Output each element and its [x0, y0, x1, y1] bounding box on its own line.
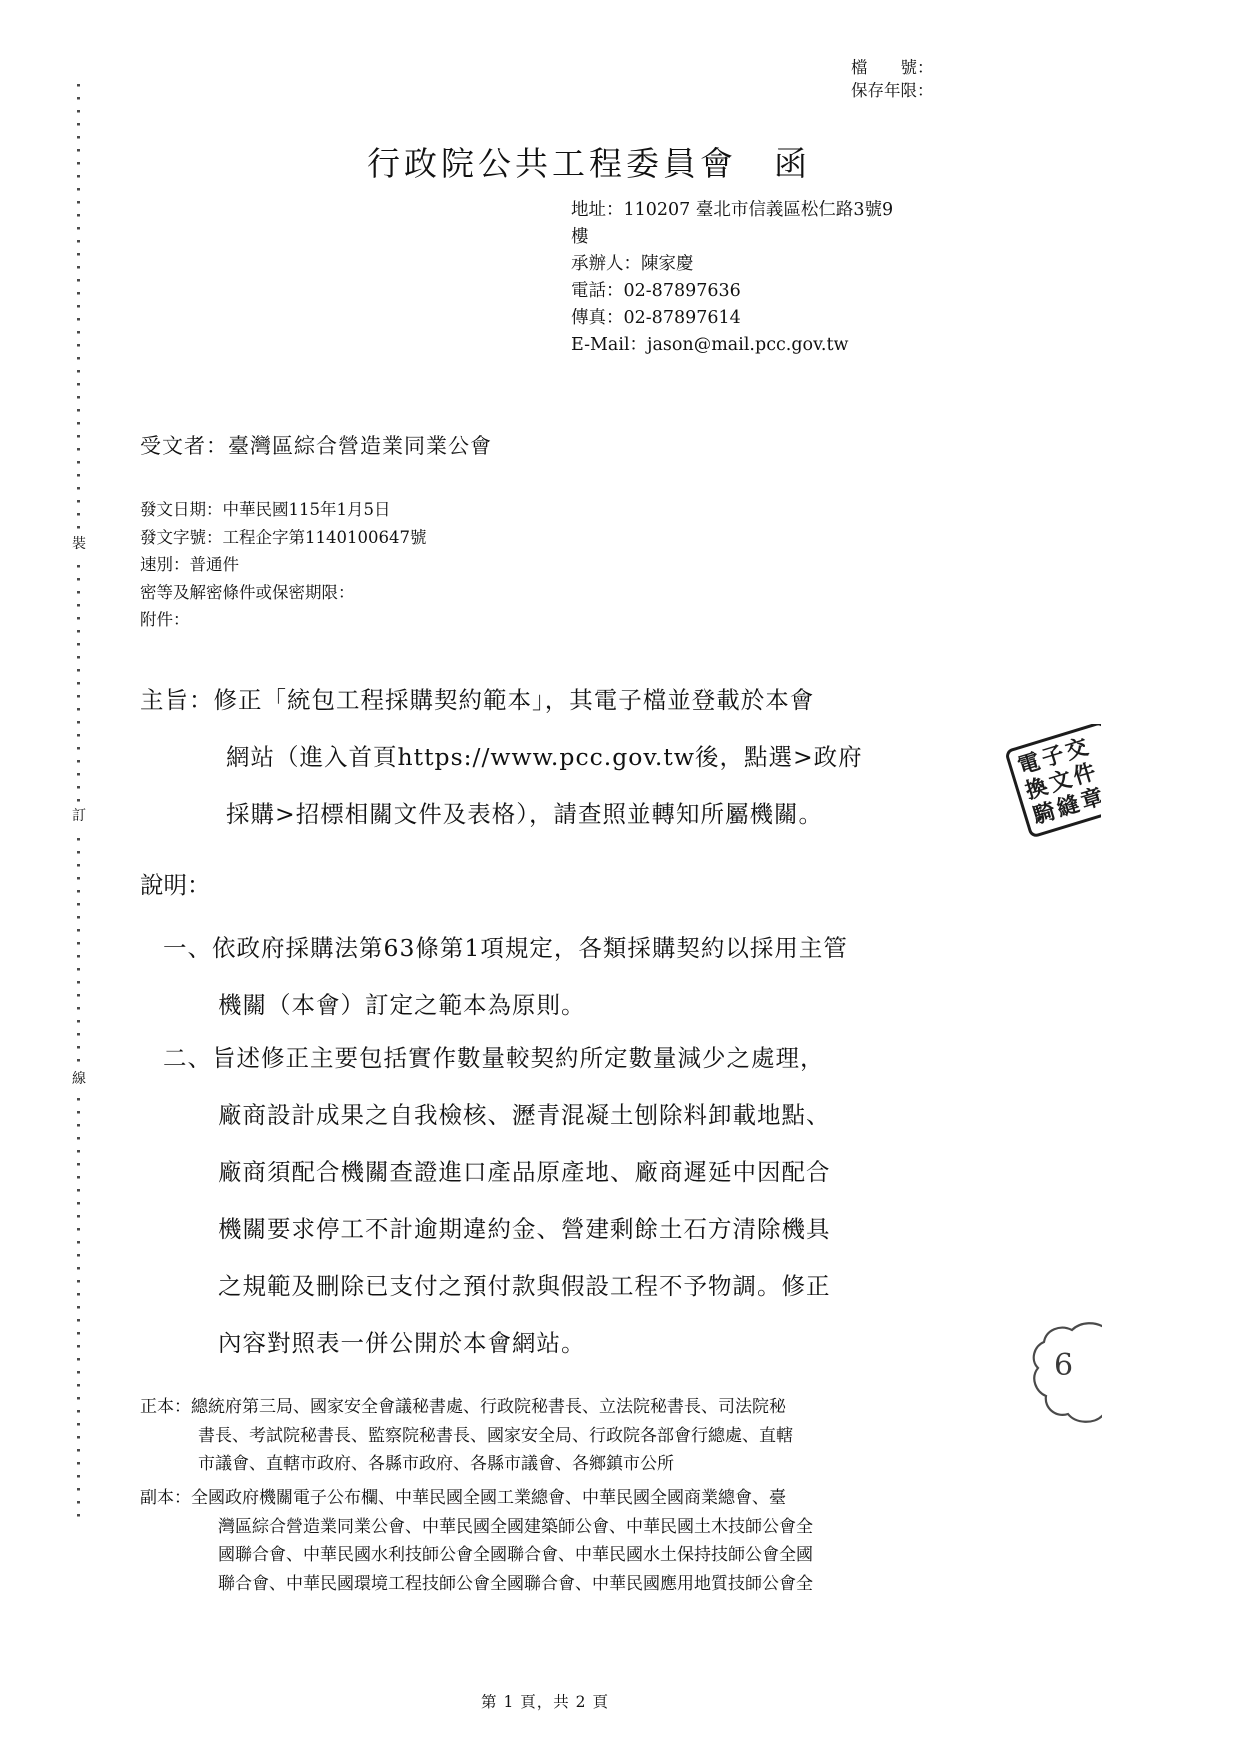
original-recipients-block: 正本：總統府第三局、國家安全會議秘書處、行政院秘書長、立法院秘書長、司法院秘 書…: [140, 1393, 793, 1479]
explanation-label: 說明：: [140, 866, 211, 900]
electronic-exchange-stamp-text: 電子交 換文件 騎縫章: [1004, 724, 1101, 839]
subject-paragraph: 主旨：修正「統包工程採購契約範本」，其電子檔並登載於本會 網站（進入首頁http…: [140, 672, 863, 843]
binding-mark-ding: 訂: [69, 802, 89, 828]
seal-page-number: 6: [1054, 1348, 1073, 1383]
copy-recipients-block: 副本：全國政府機關電子公布欄、中華民國全國工業總會、中華民國全國商業總會、臺 灣…: [140, 1484, 813, 1598]
binding-mark-xian: 線: [69, 1065, 89, 1091]
page-title: 行政院公共工程委員會 函: [0, 138, 1178, 185]
file-number-block: 檔 號： 保存年限：: [851, 56, 934, 102]
document-meta-block: 發文日期：中華民國115年1月5日 發文字號：工程企字第1140100647號 …: [140, 496, 426, 634]
explanation-item-1: 一、依政府採購法第63條第1項規定，各類採購契約以採用主管 機關（本會）訂定之範…: [163, 920, 848, 1034]
explanation-item-2: 二、旨述修正主要包括實作數量較契約所定數量減少之處理， 廠商設計成果之自我檢核、…: [163, 1030, 831, 1372]
retention-period-label: 保存年限：: [851, 79, 934, 102]
recipient-line: 受文者：臺灣區綜合營造業同業公會: [140, 430, 492, 460]
electronic-exchange-stamp: 電子交 換文件 騎縫章: [1004, 724, 1101, 842]
seam-seal: 6: [1030, 1320, 1102, 1426]
sender-contact-block: 地址：110207 臺北市信義區松仁路3號9 樓 承辦人：陳家慶 電話：02-8…: [571, 197, 893, 359]
scanned-official-letter-page: { "doc": { "file_no_label": "檔 號：", "ret…: [0, 0, 1241, 1754]
file-number-label: 檔 號：: [851, 56, 934, 79]
page-number-footer: 第 1 頁，共 2 頁: [0, 1690, 1090, 1712]
binding-mark-zhuang: 裝: [69, 530, 89, 556]
